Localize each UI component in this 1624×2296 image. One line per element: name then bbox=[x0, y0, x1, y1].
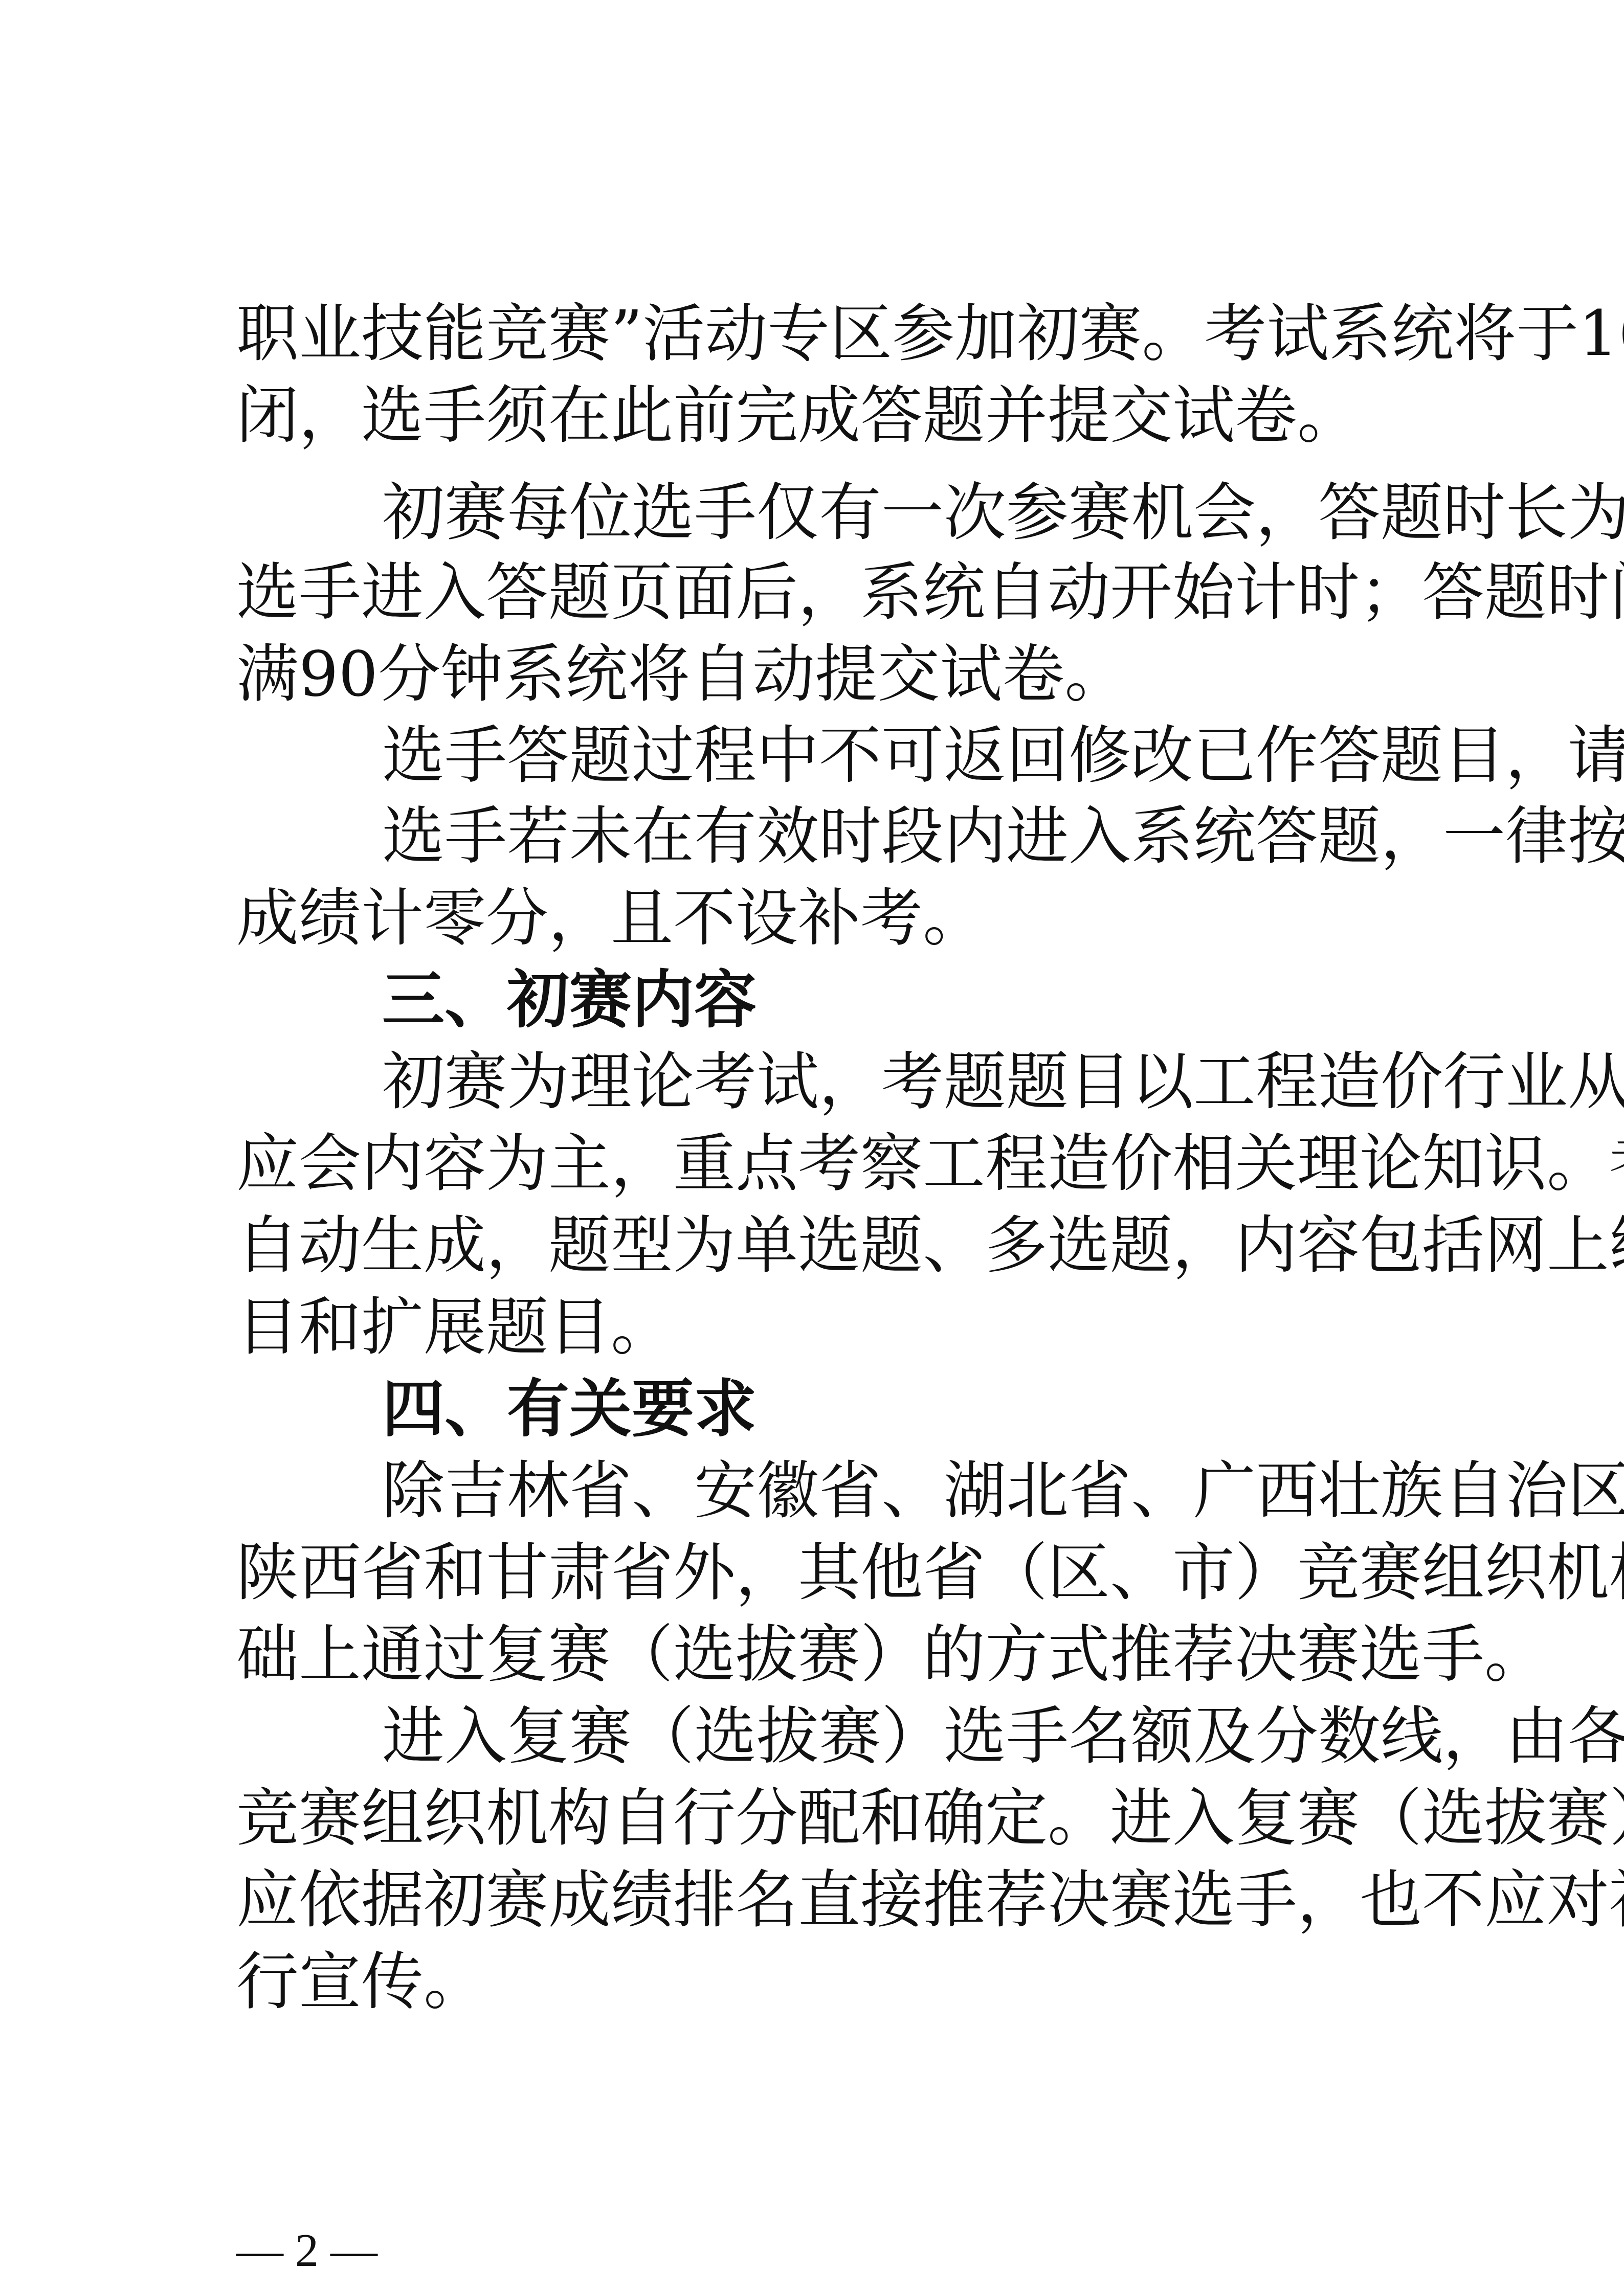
paragraph-line: 成绩计零分，且不设补考。 bbox=[236, 877, 1408, 959]
section-heading-3: 三、初赛内容 bbox=[236, 959, 1408, 1041]
page-number: — 2 — bbox=[236, 2214, 377, 2286]
paragraph-line: 初赛每位选手仅有一次参赛机会，答题时长为90分钟。 bbox=[236, 471, 1408, 553]
paragraph-line: 行宣传。 bbox=[236, 1941, 1408, 2022]
paragraph-line: 竞赛组织机构自行分配和确定。进入复赛（选拔赛）的选手不 bbox=[236, 1777, 1408, 1859]
paragraph-line: 进入复赛（选拔赛）选手名额及分数线，由各省（区、市） bbox=[236, 1695, 1408, 1777]
paragraph-line: 闭，选手须在此前完成答题并提交试卷。 bbox=[236, 374, 1408, 456]
paragraph-line: 目和扩展题目。 bbox=[236, 1286, 1408, 1368]
paragraph-line: 满90分钟系统将自动提交试卷。 bbox=[236, 633, 1408, 715]
paragraph-line: 自动生成，题型为单选题、多选题，内容包括网上练兵部分题 bbox=[236, 1204, 1408, 1286]
paragraph-line: 职业技能竞赛”活动专区参加初赛。考试系统将于16时自动关 bbox=[236, 292, 1408, 374]
paragraph-line: 除吉林省、安徽省、湖北省、广西壮族自治区、重庆市、 bbox=[236, 1450, 1408, 1532]
paragraph-line: 陕西省和甘肃省外，其他省（区、市）竞赛组织机构在初赛基 bbox=[236, 1532, 1408, 1613]
section-heading-4: 四、有关要求 bbox=[236, 1368, 1408, 1450]
paragraph-line: 选手答题过程中不可返回修改已作答题目，请谨慎作答。 bbox=[236, 714, 1408, 796]
document-page: 职业技能竞赛”活动专区参加初赛。考试系统将于16时自动关 闭，选手须在此前完成答… bbox=[0, 0, 1624, 2296]
paragraph-line: 初赛为理论考试，考题题目以工程造价行业从业人员应知 bbox=[236, 1041, 1408, 1122]
paragraph-line: 应依据初赛成绩排名直接推荐决赛选手，也不应对初赛成绩进 bbox=[236, 1859, 1408, 1941]
paragraph-line: 础上通过复赛（选拔赛）的方式推荐决赛选手。 bbox=[236, 1613, 1408, 1695]
paragraph-line: 应会内容为主，重点考察工程造价相关理论知识。考题由系统 bbox=[236, 1122, 1408, 1204]
paragraph-line: 选手若未在有效时段内进入系统答题，一律按缺考处理， bbox=[236, 795, 1408, 877]
paragraph-line: 选手进入答题页面后，系统自动开始计时；答题时间不间隔， bbox=[236, 551, 1408, 633]
